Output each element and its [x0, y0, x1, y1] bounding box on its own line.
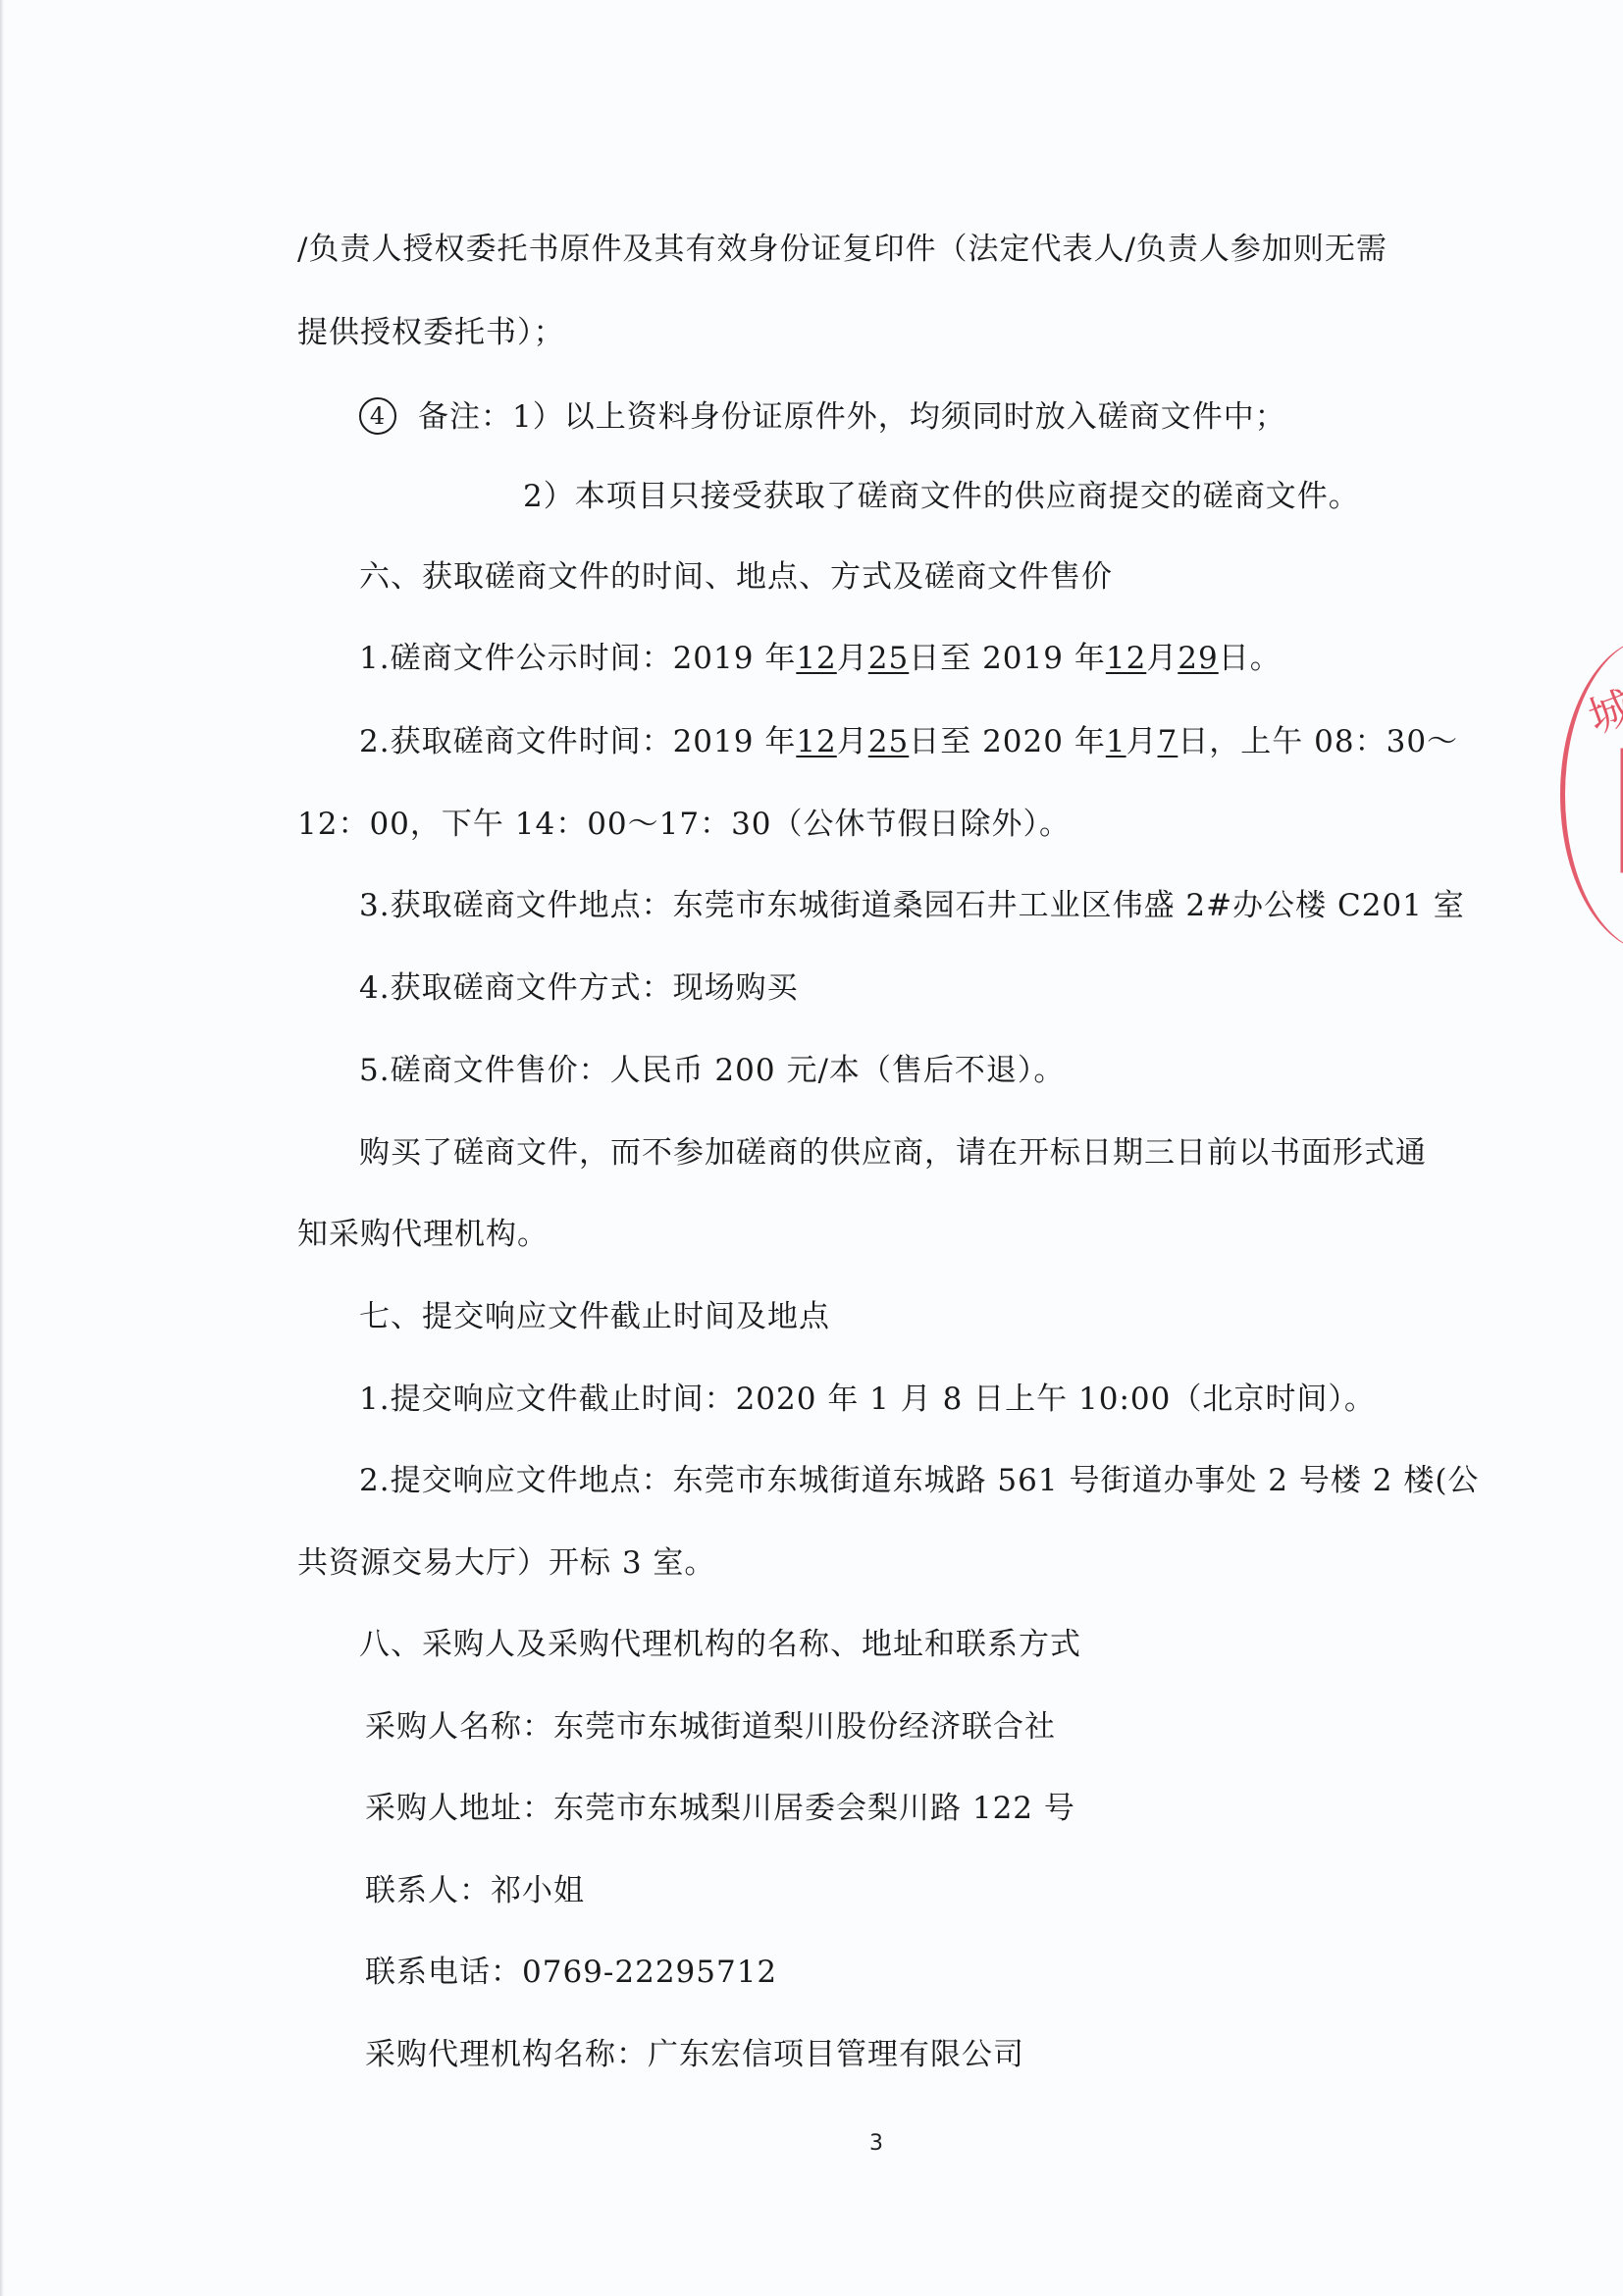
note-item: 2）本项目只接受获取了磋商文件的供应商提交的磋商文件。 [523, 477, 1360, 516]
underlined-value: 1 [1106, 724, 1126, 759]
paragraph-line: 购买了磋商文件，而不参加磋商的供应商，请在开标日期三日前以书面形式通 [359, 1133, 1427, 1173]
contact-field: 采购代理机构名称：广东宏信项目管理有限公司 [365, 2035, 1024, 2074]
list-item: 3.获取磋商文件地点：东莞市东城街道桑园石井工业区伟盛 2#办公楼 C201 室 [359, 886, 1465, 925]
list-item: 1.提交响应文件截止时间：2020 年 1 月 8 日上午 10:00（北京时间… [359, 1380, 1376, 1419]
text-segment: 日，上午 08：30～ [1178, 724, 1458, 759]
list-item: 2.获取磋商文件时间：2019 年12月25日至 2020 年1月7日，上午 0… [359, 722, 1458, 761]
section-heading: 六、获取磋商文件的时间、地点、方式及磋商文件售价 [359, 557, 1113, 597]
text-segment: 月 [1126, 724, 1158, 759]
note-item: 4备注：1）以上资料身份证原件外，均须同时放入磋商文件中； [359, 397, 1286, 438]
list-item: 2.提交响应文件地点：东莞市东城街道东城路 561 号街道办事处 2 号楼 2 … [359, 1461, 1479, 1500]
document-page: /负责人授权委托书原件及其有效身份证复印件（法定代表人/负责人参加则无需 提供授… [0, 0, 1623, 2296]
underlined-value: 25 [868, 724, 909, 759]
list-item: 1.磋商文件公示时间：2019 年12月25日至 2019 年12月29日。 [359, 639, 1282, 678]
list-item: 5.磋商文件售价：人民币 200 元/本（售后不退）。 [359, 1051, 1065, 1090]
contact-field: 采购人名称：东莞市东城街道梨川股份经济联合社 [365, 1707, 1056, 1747]
text-segment: 日。 [1219, 641, 1282, 676]
scan-edge [0, 0, 4, 2296]
underlined-value: 12 [796, 641, 836, 676]
underlined-value: 12 [1106, 641, 1146, 676]
contact-field: 联系电话：0769-22295712 [365, 1953, 777, 1992]
text-segment: 月 [837, 641, 868, 676]
text-segment: 月 [1146, 641, 1178, 676]
paragraph-line: 知采购代理机构。 [297, 1215, 549, 1254]
section-heading: 八、采购人及采购代理机构的名称、地址和联系方式 [359, 1625, 1081, 1664]
list-item: 4.获取磋商文件方式：现场购买 [359, 968, 799, 1008]
paragraph-line: 提供授权委托书）； [297, 313, 565, 352]
underlined-value: 7 [1158, 724, 1178, 759]
text-segment: 2.获取磋商文件时间：2019 年 [359, 724, 796, 759]
paragraph-line: /负责人授权委托书原件及其有效身份证复印件（法定代表人/负责人参加则无需 [297, 230, 1387, 269]
underlined-value: 25 [868, 641, 909, 676]
section-heading: 七、提交响应文件截止时间及地点 [359, 1297, 830, 1336]
underlined-value: 29 [1178, 641, 1218, 676]
circled-number-marker: 4 [359, 397, 396, 435]
underlined-value: 12 [796, 724, 836, 759]
text-segment: 日至 2020 年 [909, 724, 1106, 759]
text-segment: 日至 2019 年 [909, 641, 1106, 676]
page-number: 3 [869, 2131, 883, 2156]
contact-field: 联系人：祁小姐 [365, 1871, 585, 1910]
list-item-continuation: 12：00，下午 14：00～17：30（公休节假日除外）。 [297, 805, 1071, 844]
text-segment: 月 [837, 724, 868, 759]
list-item-continuation: 共资源交易大厅）开标 3 室。 [297, 1543, 715, 1583]
contact-field: 采购人地址：东莞市东城梨川居委会梨川路 122 号 [365, 1789, 1075, 1828]
text-segment: 1.磋商文件公示时间：2019 年 [359, 641, 796, 676]
note-text: 备注：1）以上资料身份证原件外，均须同时放入磋商文件中； [418, 399, 1286, 435]
